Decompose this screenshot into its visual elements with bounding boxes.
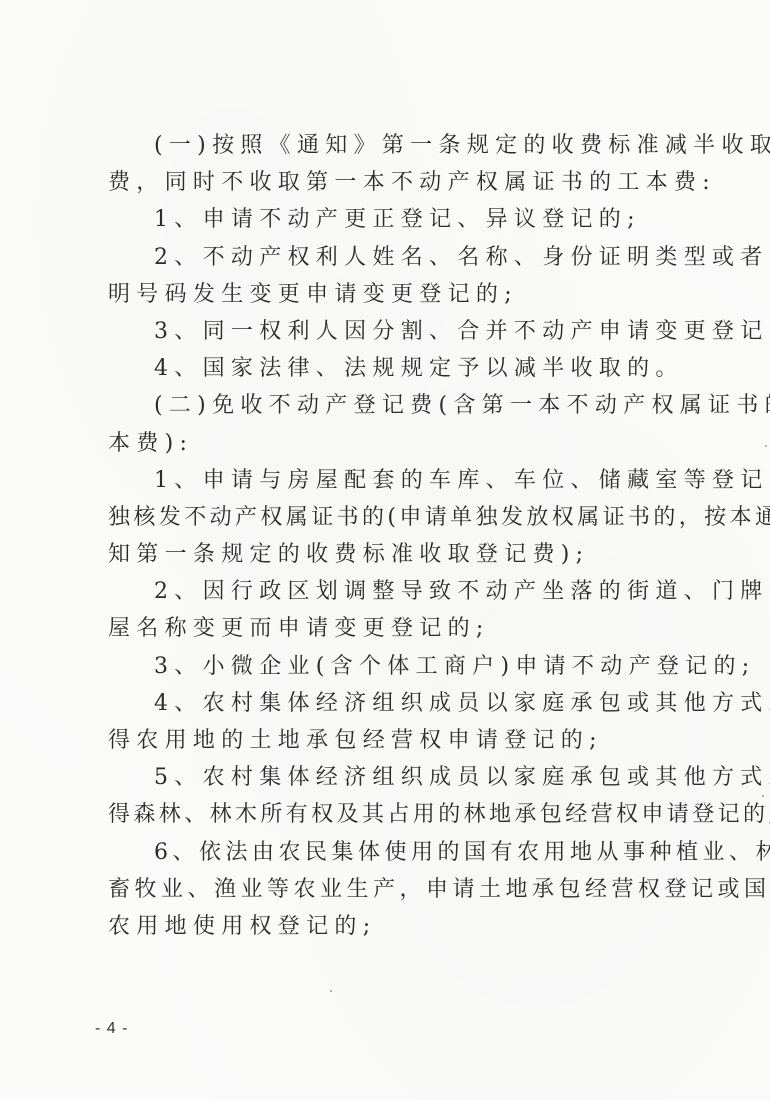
document-page: (一)按照《通知》第一条规定的收费标准减半收取登记 费，同时不收取第一本不动产权… [0, 0, 770, 1100]
page-number: - 4 - [95, 1020, 128, 1038]
list-item-line: 农用地使用权登记的; [108, 908, 688, 945]
list-item-line: 5、农村集体经济组织成员以家庭承包或其他方式承包取 [108, 759, 688, 796]
list-item-line: 3、小微企业(含个体工商户)申请不动产登记的; [108, 648, 688, 685]
list-item-line: 知第一条规定的收费标准收取登记费); [108, 536, 688, 573]
list-item-line: 独核发不动产权属证书的(申请单独发放权属证书的，按本通 [108, 499, 688, 536]
section-heading-line: 本费): [108, 425, 688, 462]
section-heading-line: (二)免收不动产登记费(含第一本不动产权属证书的工 [108, 387, 688, 424]
list-item-line: 畜牧业、渔业等农业生产，申请土地承包经营权登记或国有 [108, 871, 688, 908]
scan-speck [765, 445, 767, 447]
list-item-line: 4、国家法律、法规规定予以减半收取的。 [108, 350, 688, 387]
list-item-line: 2、不动产权利人姓名、名称、身份证明类型或者身份证 [108, 239, 688, 276]
list-item-line: 4、农村集体经济组织成员以家庭承包或其他方式承包取 [108, 685, 688, 722]
list-item-line: 6、依法由农民集体使用的国有农用地从事种植业、林业、 [108, 834, 688, 871]
list-item-line: 得农用地的土地承包经营权申请登记的; [108, 722, 688, 759]
list-item-line: 得森林、林木所有权及其占用的林地承包经营权申请登记的; [108, 796, 688, 833]
list-item-line: 1、申请与房屋配套的车库、车位、储藏室等登记，不单 [108, 462, 688, 499]
list-item-line: 3、同一权利人因分割、合并不动产申请变更登记的; [108, 313, 688, 350]
list-item-line: 1、申请不动产更正登记、异议登记的; [108, 201, 688, 238]
paragraph-line: (一)按照《通知》第一条规定的收费标准减半收取登记 [108, 127, 688, 164]
scan-speck [762, 795, 764, 797]
scan-speck [330, 990, 332, 992]
list-item-line: 屋名称变更而申请变更登记的; [108, 610, 688, 647]
paragraph-line: 费，同时不收取第一本不动产权属证书的工本费: [108, 164, 688, 201]
list-item-line: 2、因行政区划调整导致不动产坐落的街道、门牌号或房 [108, 573, 688, 610]
document-body: (一)按照《通知》第一条规定的收费标准减半收取登记 费，同时不收取第一本不动产权… [108, 127, 688, 945]
list-item-line: 明号码发生变更申请变更登记的; [108, 276, 688, 313]
